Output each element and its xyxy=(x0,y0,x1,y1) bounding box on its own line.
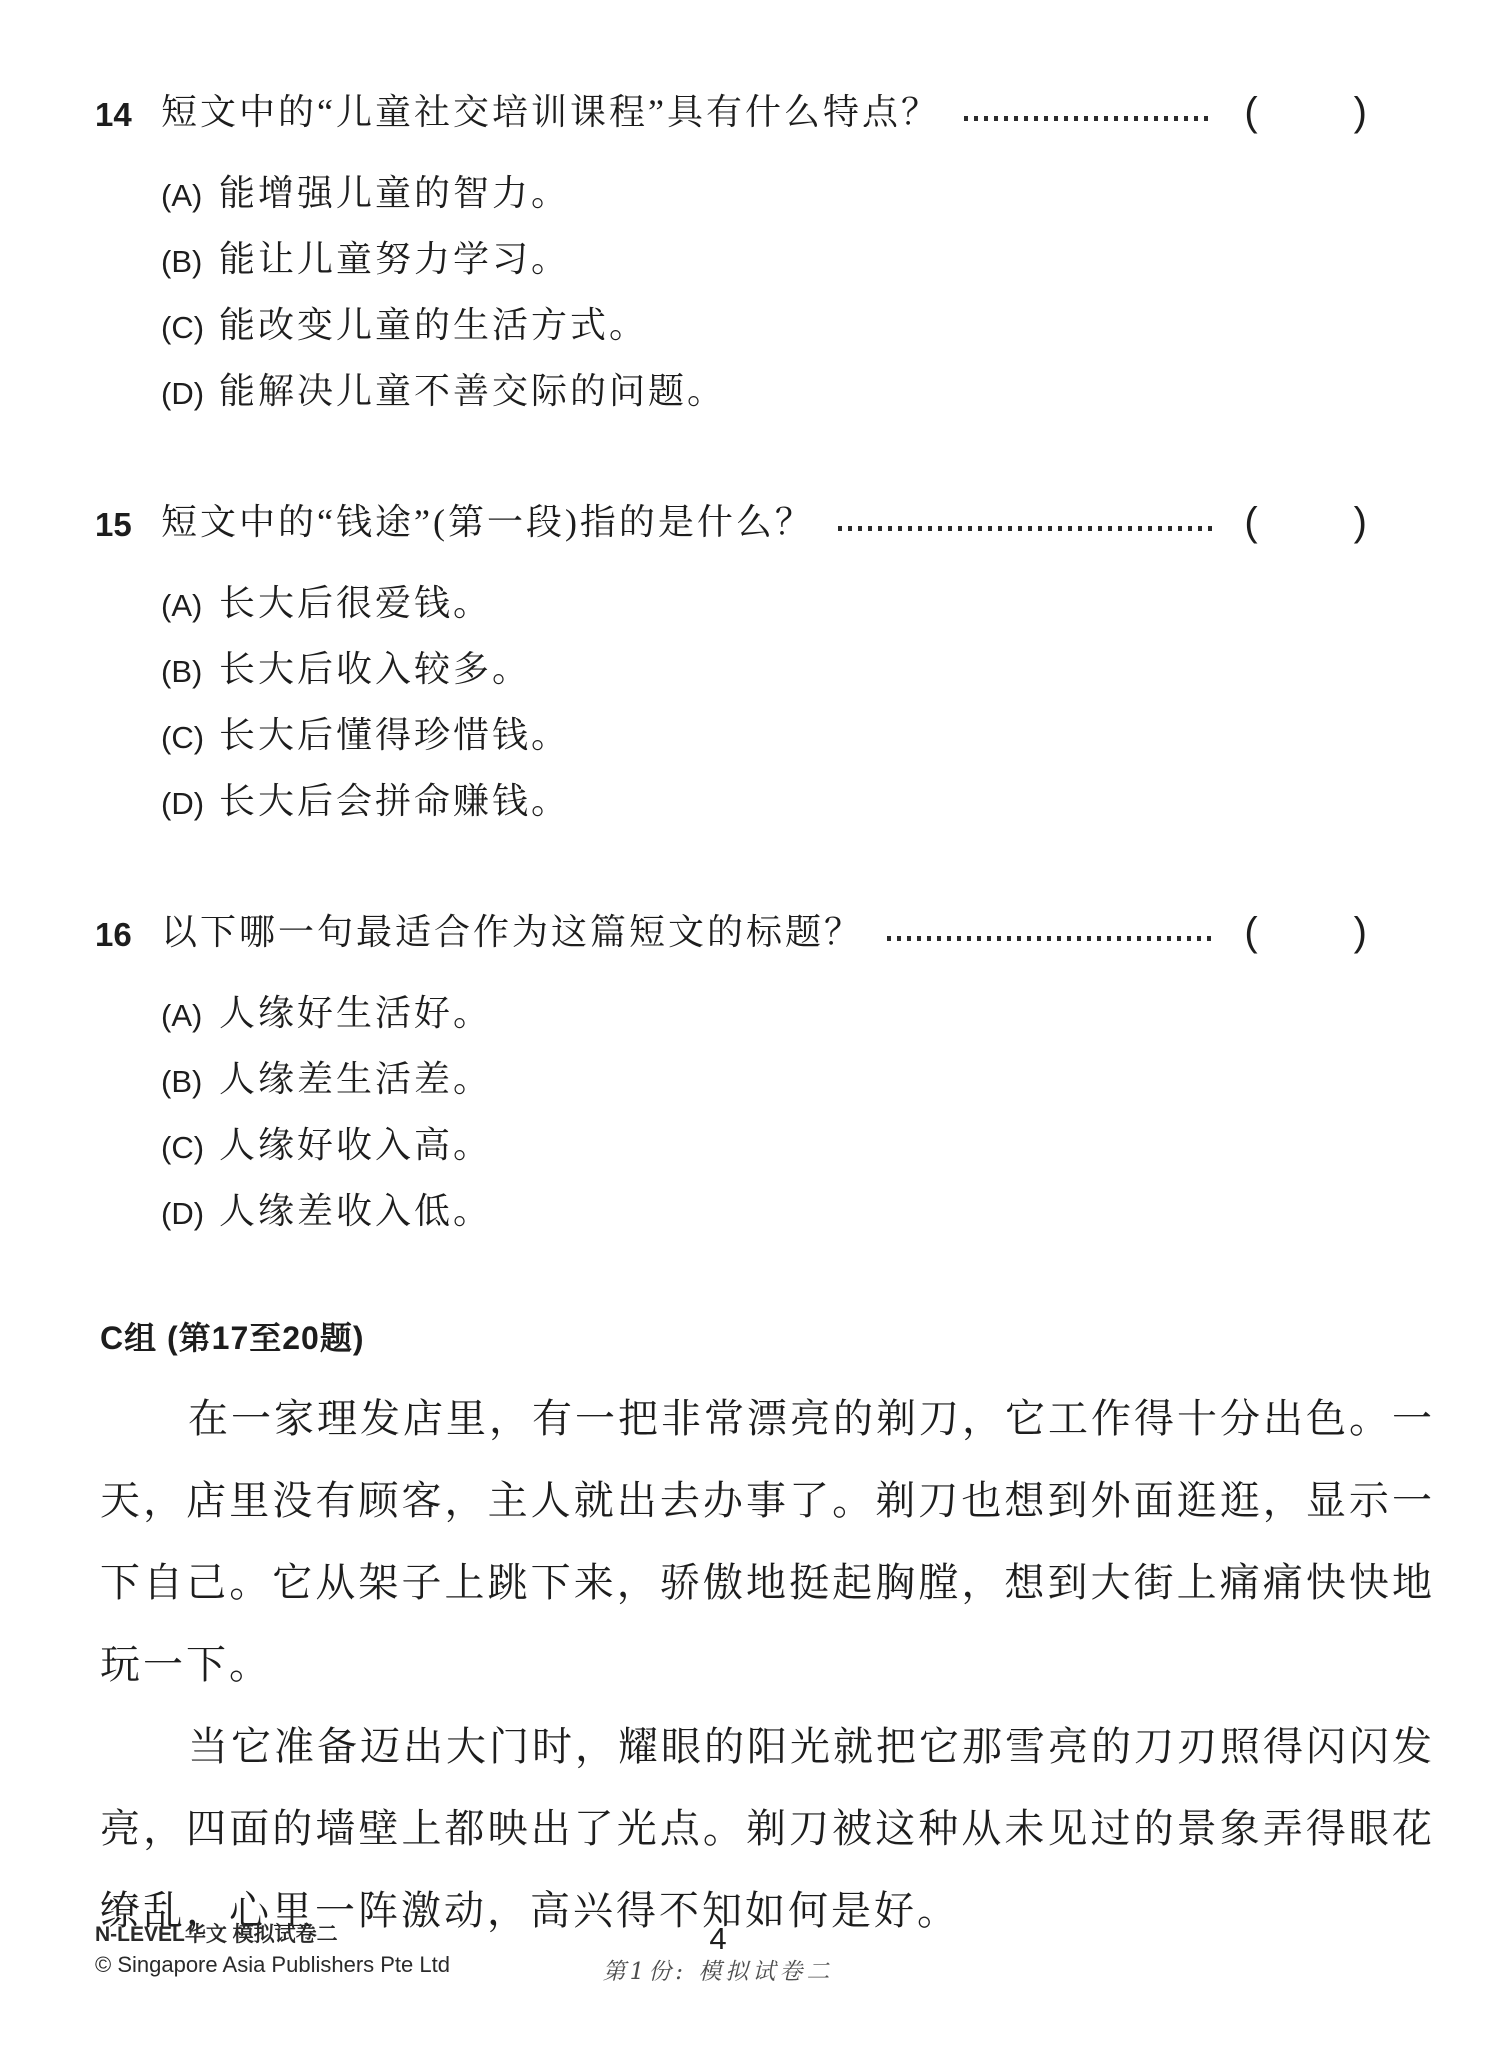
question-number: 15 xyxy=(95,498,161,549)
option-b: (B) 人缘差生活差。 xyxy=(161,1055,1435,1106)
option-text: 人缘好收入高。 xyxy=(219,1121,492,1169)
option-a: (A) 能增强儿童的智力。 xyxy=(161,169,1435,220)
option-label: (A) xyxy=(161,579,219,630)
option-label: (A) xyxy=(161,169,219,220)
series-title: N-LEVEL华文 模拟试卷二 xyxy=(95,1922,450,1948)
copyright-line: © Singapore Asia Publishers Pte Ltd xyxy=(95,1951,450,1979)
option-label: (D) xyxy=(161,777,219,828)
question-15-line: 15 短文中的“钱途”(第一段)指的是什么？ ( ) xyxy=(95,498,1367,549)
option-text: 长大后收入较多。 xyxy=(219,645,531,693)
option-label: (B) xyxy=(161,1055,219,1106)
page-number: 4 xyxy=(573,1922,863,1956)
options-list: (A) 能增强儿童的智力。 (B) 能让儿童努力学习。 (C) 能改变儿童的生活… xyxy=(161,169,1435,418)
question-text: 以下哪一句最适合作为这篇短文的标题？ xyxy=(161,908,863,956)
question-number: 16 xyxy=(95,908,161,959)
page-footer: N-LEVEL华文 模拟试卷二 © Singapore Asia Publish… xyxy=(95,1922,1406,2012)
option-a: (A) 长大后很爱钱。 xyxy=(161,579,1435,630)
option-d: (D) 能解决儿童不善交际的问题。 xyxy=(161,367,1435,418)
footer-left: N-LEVEL华文 模拟试卷二 © Singapore Asia Publish… xyxy=(95,1922,450,1979)
option-text: 能改变儿童的生活方式。 xyxy=(219,301,648,349)
option-d: (D) 长大后会拼命赚钱。 xyxy=(161,777,1435,828)
section-c-heading: C组 (第17至20题) xyxy=(100,1318,1435,1358)
option-b: (B) 长大后收入较多。 xyxy=(161,645,1435,696)
questions-area: 14 短文中的“儿童社交培训课程”具有什么特点？ ( ) (A) 能增强儿童的智… xyxy=(95,88,1435,1952)
question-text: 短文中的“钱途”(第一段)指的是什么？ xyxy=(161,498,814,546)
dotted-leader xyxy=(964,116,1214,121)
dotted-leader xyxy=(887,936,1214,941)
options-list: (A) 长大后很爱钱。 (B) 长大后收入较多。 (C) 长大后懂得珍惜钱。 (… xyxy=(161,579,1435,828)
option-b: (B) 能让儿童努力学习。 xyxy=(161,235,1435,286)
option-c: (C) 人缘好收入高。 xyxy=(161,1121,1435,1172)
passage-paragraph-2: 当它准备迈出大门时，耀眼的阳光就把它那雪亮的刀刃照得闪闪发亮，四面的墙壁上都映出… xyxy=(100,1706,1435,1952)
question-16: 16 以下哪一句最适合作为这篇短文的标题？ ( ) (A) 人缘好生活好。 (B… xyxy=(95,908,1435,1238)
answer-paren-close: ) xyxy=(1354,498,1367,546)
option-label: (D) xyxy=(161,367,219,418)
option-c: (C) 能改变儿童的生活方式。 xyxy=(161,301,1435,352)
option-label: (C) xyxy=(161,1121,219,1172)
section-c: C组 (第17至20题) 在一家理发店里，有一把非常漂亮的剃刀，它工作得十分出色… xyxy=(100,1318,1435,1952)
option-text: 能让儿童努力学习。 xyxy=(219,235,570,283)
question-14: 14 短文中的“儿童社交培训课程”具有什么特点？ ( ) (A) 能增强儿童的智… xyxy=(95,88,1435,418)
option-label: (B) xyxy=(161,235,219,286)
answer-paren-close: ) xyxy=(1354,88,1367,136)
answer-paren-open: ( xyxy=(1244,88,1257,136)
option-text: 长大后懂得珍惜钱。 xyxy=(219,711,570,759)
reading-passage: 在一家理发店里，有一把非常漂亮的剃刀，它工作得十分出色。一天，店里没有顾客，主人… xyxy=(100,1378,1435,1952)
option-label: (C) xyxy=(161,301,219,352)
footer-center: 4 第1份: 模拟试卷二 xyxy=(573,1922,863,1986)
option-label: (D) xyxy=(161,1187,219,1238)
option-text: 人缘差收入低。 xyxy=(219,1187,492,1235)
option-label: (A) xyxy=(161,989,219,1040)
question-15: 15 短文中的“钱途”(第一段)指的是什么？ ( ) (A) 长大后很爱钱。 (… xyxy=(95,498,1435,828)
question-16-line: 16 以下哪一句最适合作为这篇短文的标题？ ( ) xyxy=(95,908,1367,959)
option-text: 能解决儿童不善交际的问题。 xyxy=(219,367,726,415)
option-text: 人缘差生活差。 xyxy=(219,1055,492,1103)
question-number: 14 xyxy=(95,88,161,139)
options-list: (A) 人缘好生活好。 (B) 人缘差生活差。 (C) 人缘好收入高。 (D) … xyxy=(161,989,1435,1238)
script-note: 第1份: 模拟试卷二 xyxy=(573,1958,863,1986)
answer-paren-close: ) xyxy=(1354,908,1367,956)
option-c: (C) 长大后懂得珍惜钱。 xyxy=(161,711,1435,762)
exam-page: 14 短文中的“儿童社交培训课程”具有什么特点？ ( ) (A) 能增强儿童的智… xyxy=(0,0,1501,2051)
passage-paragraph-1: 在一家理发店里，有一把非常漂亮的剃刀，它工作得十分出色。一天，店里没有顾客，主人… xyxy=(100,1378,1435,1706)
question-14-line: 14 短文中的“儿童社交培训课程”具有什么特点？ ( ) xyxy=(95,88,1367,139)
question-text: 短文中的“儿童社交培训课程”具有什么特点？ xyxy=(161,88,940,136)
option-d: (D) 人缘差收入低。 xyxy=(161,1187,1435,1238)
option-text: 能增强儿童的智力。 xyxy=(219,169,570,217)
answer-paren-open: ( xyxy=(1244,498,1257,546)
option-text: 长大后很爱钱。 xyxy=(219,579,492,627)
option-text: 人缘好生活好。 xyxy=(219,989,492,1037)
option-text: 长大后会拼命赚钱。 xyxy=(219,777,570,825)
dotted-leader xyxy=(838,526,1214,531)
option-label: (B) xyxy=(161,645,219,696)
option-label: (C) xyxy=(161,711,219,762)
answer-paren-open: ( xyxy=(1244,908,1257,956)
option-a: (A) 人缘好生活好。 xyxy=(161,989,1435,1040)
